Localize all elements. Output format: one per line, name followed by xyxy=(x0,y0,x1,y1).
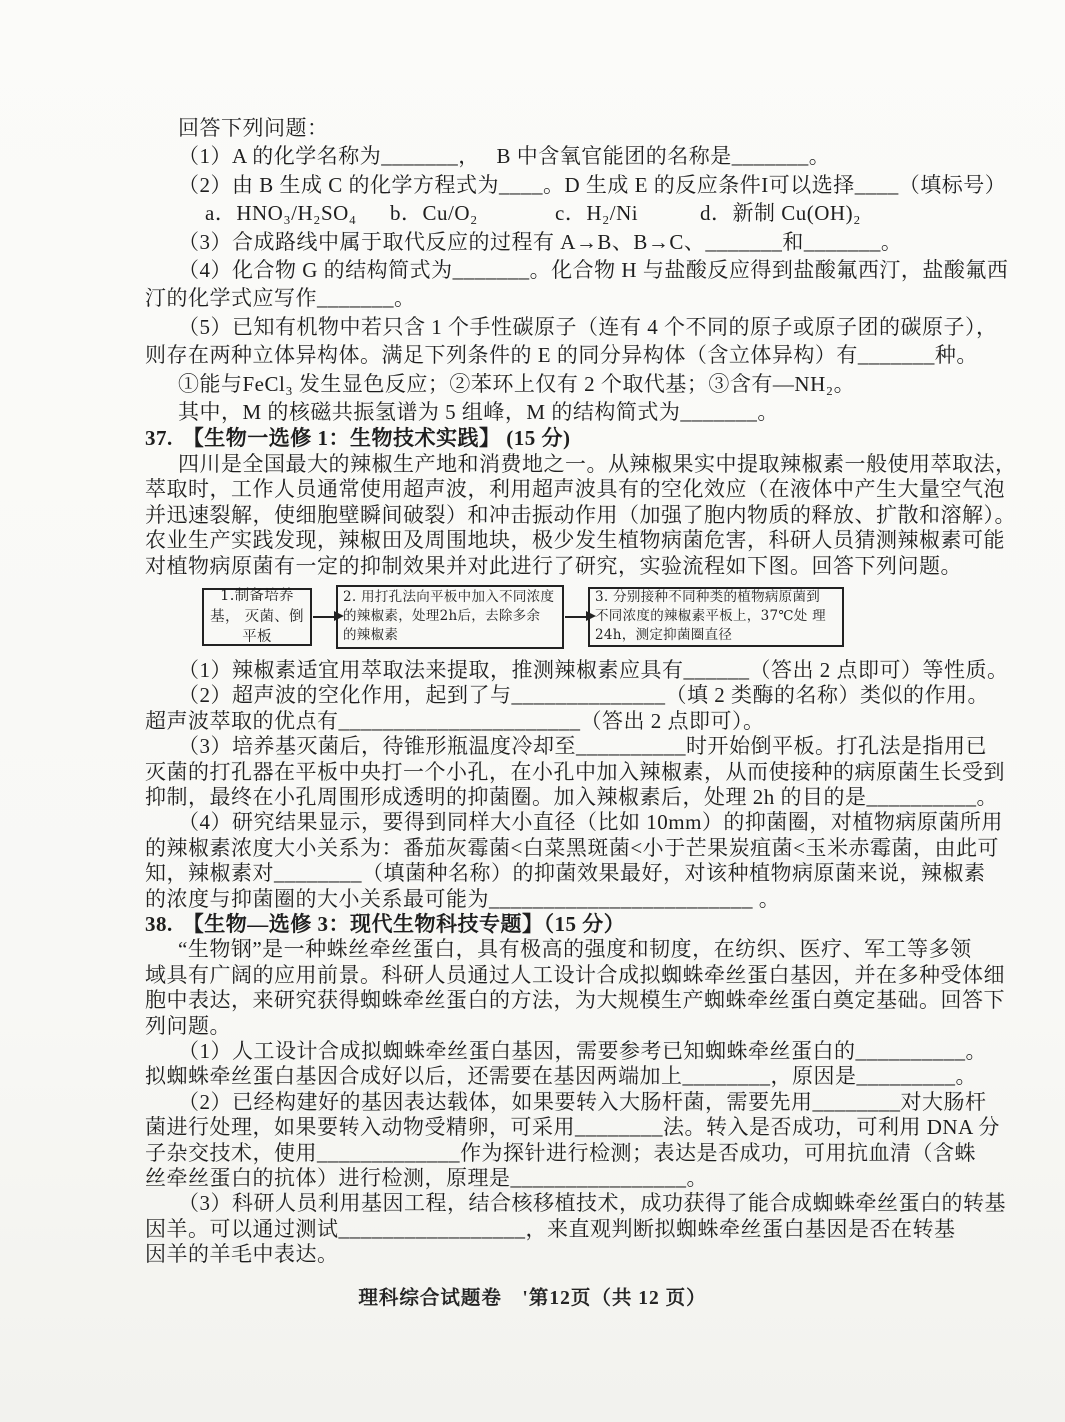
q37-intro-line: 农业生产实践发现，辣椒田及周围地块，极少发生植物病菌危害，科研人员猜测辣椒素可能 xyxy=(145,528,1065,553)
question-38-header: 38.【生物—选修 3：现代生物科技专题】（15 分） xyxy=(145,912,1065,937)
chem-q5-conditions-line: ①能与FeCl₃ 发生显色反应；②苯环上仅有 2 个取代基；③含有—NH₂。 xyxy=(145,370,1065,398)
chem-q5-line-2: 则存在两种立体异构体。满足下列条件的 E 的同分异构体（含立体异构）有_____… xyxy=(145,341,1065,369)
q37-item-3-line-1: （3）培养基灭菌后，待锥形瓶温度冷却至__________时开始倒平板。打孔法是… xyxy=(145,734,1065,759)
chem-q4-line-2: 汀的化学式应写作_______。 xyxy=(145,284,1065,312)
question-37-number: 37. xyxy=(145,426,173,451)
q37-item-3-line-2: 灭菌的打孔器在平板中央打一个小孔，在小孔中加入辣椒素，从而使接种的病原菌生长受到 xyxy=(145,760,1065,785)
q37-item-4-line-1: （4）研究结果显示，要得到同样大小直径（比如 10mm）的抑菌圈，对植物病原菌所… xyxy=(145,810,1065,835)
chem-q1-line: （1）A 的化学名称为_______， B 中含氧官能团的名称是_______。 xyxy=(145,142,1065,170)
q37-item-4-line-4: 的浓度与抑菌圈的大小关系最可能为________________________… xyxy=(145,887,1065,912)
chem-option-b: b．Cu/O₂ xyxy=(390,199,555,227)
chem-q5-m-line: 其中，M 的核磁共振氢谱为 5 组峰，M 的结构简式为_______。 xyxy=(145,398,1065,426)
q38-item-2-line-2: 菌进行处理，如果要转入动物受精卵，可采用________法。转入是否成功，可利用… xyxy=(145,1115,1065,1140)
flow-step-3-box: 3. 分别接种不同种类的植物病原菌到 不同浓度的辣椒素平板上，37℃处 理24h… xyxy=(588,587,844,647)
q38-item-3-line-2: 因羊。可以通过测试_________________，来直观判断拟蜘蛛牵丝蛋白基… xyxy=(145,1217,1065,1242)
chem-option-d: d．新制 Cu(OH)₂ xyxy=(700,199,861,227)
question-37-title: 【生物一选修 1：生物技术实践】 (15 分) xyxy=(183,426,571,450)
chem-q3-line: （3）合成路线中属于取代反应的过程有 A→B、B→C、_______和_____… xyxy=(145,228,1065,256)
chem-q2-line: （2）由 B 生成 C 的化学方程式为____。D 生成 E 的反应条件I可以选… xyxy=(145,171,1065,199)
q37-item-1: （1）辣椒素适宜用萃取法来提取，推测辣椒素应具有______（答出 2 点即可）… xyxy=(145,658,1065,683)
arrow-right-icon xyxy=(313,616,335,618)
exam-page: 回答下列问题： （1）A 的化学名称为_______， B 中含氧官能团的名称是… xyxy=(0,0,1065,1422)
exam-content: 回答下列问题： （1）A 的化学名称为_______， B 中含氧官能团的名称是… xyxy=(0,114,1065,1268)
q38-item-1-line-1: （1）人工设计合成拟蜘蛛牵丝蛋白基因，需要参考已知蜘蛛牵丝蛋白的________… xyxy=(145,1039,1065,1064)
flow-step-2-box: 2. 用打孔法向平板中加入不同浓度 的辣椒素，处理2h后，去除多余 的辣椒素 xyxy=(336,585,564,649)
question-37-header: 37.【生物一选修 1：生物技术实践】 (15 分) xyxy=(145,426,1065,451)
q37-item-3-line-3: 抑制，最终在小孔周围形成透明的抑菌圈。加入辣椒素后，处理 2h 的目的是____… xyxy=(145,785,1065,810)
q38-item-3-line-3: 因羊的羊毛中表达。 xyxy=(145,1242,1065,1267)
q38-item-1-line-2: 拟蜘蛛牵丝蛋白基因合成好以后，还需要在基因两端加上________，原因是___… xyxy=(145,1064,1065,1089)
chemistry-section: 回答下列问题： （1）A 的化学名称为_______， B 中含氧官能团的名称是… xyxy=(145,114,1065,426)
q37-item-2-line-1: （2）超声波的空化作用，起到了与______________（填 2 类酶的名称… xyxy=(145,683,1065,708)
q37-item-4-line-3: 知，辣椒素对________（填菌种名称）的抑菌效果最好，对该种植物病原菌来说，… xyxy=(145,861,1065,886)
q38-intro-line: 胞中表达，来研究获得蜘蛛牵丝蛋白的方法，为大规模生产蜘蛛牵丝蛋白奠定基础。回答下 xyxy=(145,988,1065,1013)
q37-intro-line: 对植物病原菌有一定的抑制效果并对此进行了研究，实验流程如下图。回答下列问题。 xyxy=(145,554,1065,579)
chem-q4-line-1: （4）化合物 G 的结构简式为_______。化合物 H 与盐酸反应得到盐酸氟西… xyxy=(145,256,1065,284)
flow-step-1-box: 1.制备培养基， 灭菌、倒平板 xyxy=(202,588,312,646)
page-footer: 理科综合试题卷 '第12页（共 12 页） xyxy=(0,1282,1065,1310)
q37-item-2-line-2: 超声波萃取的优点有______________________（答出 2 点即可… xyxy=(145,709,1065,734)
q38-intro-line: “生物钢”是一种蛛丝牵丝蛋白，具有极高的强度和韧度，在纺织、医疗、军工等多领 xyxy=(145,937,1065,962)
q38-item-2-line-1: （2）已经构建好的基因表达载体，如果要转入大肠杆菌，需要先用________对大… xyxy=(145,1090,1065,1115)
question-38-title: 【生物—选修 3：现代生物科技专题】（15 分） xyxy=(183,912,626,936)
q37-item-4-line-2: 的辣椒素浓度大小关系为：番茄灰霉菌<白菜黑斑菌<小于芒果炭疽菌<玉米赤霉菌，由此… xyxy=(145,836,1065,861)
q38-item-2-line-4: 丝牵丝蛋白的抗体）进行检测，原理是________________。 xyxy=(145,1166,1065,1191)
q37-intro-line: 萃取时，工作人员通常使用超声波，利用超声波具有的空化效应（在液体中产生大量空气泡 xyxy=(145,477,1065,502)
experiment-flowchart: 1.制备培养基， 灭菌、倒平板 2. 用打孔法向平板中加入不同浓度 的辣椒素，处… xyxy=(202,585,1065,649)
chem-q5-line-1: （5）已知有机物中若只含 1 个手性碳原子（连有 4 个不同的原子或原子团的碳原… xyxy=(145,313,1065,341)
q38-intro-line: 列问题。 xyxy=(145,1014,1065,1039)
q38-item-3-line-1: （3）科研人员利用基因工程，结合核移植技术，成功获得了能合成蜘蛛牵丝蛋白的转基 xyxy=(145,1191,1065,1216)
chem-option-c: c．H₂/Ni xyxy=(555,199,700,227)
question-37-section: 37.【生物一选修 1：生物技术实践】 (15 分) 四川是全国最大的辣椒生产地… xyxy=(145,426,1065,912)
q38-intro-line: 域具有广阔的应用前景。科研人员通过人工设计合成拟蜘蛛牵丝蛋白基因，并在多种受体细 xyxy=(145,963,1065,988)
question-38-number: 38. xyxy=(145,912,173,937)
q37-intro-line: 四川是全国最大的辣椒生产地和消费地之一。从辣椒果实中提取辣椒素一般使用萃取法， xyxy=(145,452,1065,477)
question-38-section: 38.【生物—选修 3：现代生物科技专题】（15 分） “生物钢”是一种蛛丝牵丝… xyxy=(145,912,1065,1268)
q38-item-2-line-3: 子杂交技术，使用_____________作为探针进行检测；表达是否成功，可用抗… xyxy=(145,1141,1065,1166)
arrow-right-icon xyxy=(565,616,587,618)
chem-option-a: a．HNO₃/H₂SO₄ xyxy=(205,199,390,227)
chem-options-row: a．HNO₃/H₂SO₄ b．Cu/O₂ c．H₂/Ni d．新制 Cu(OH)… xyxy=(145,199,1065,227)
chem-intro-line: 回答下列问题： xyxy=(145,114,1065,142)
q37-intro-line: 并迅速裂解，使细胞壁瞬间破裂）和冲击振动作用（加强了胞内物质的释放、扩散和溶解）… xyxy=(145,503,1065,528)
